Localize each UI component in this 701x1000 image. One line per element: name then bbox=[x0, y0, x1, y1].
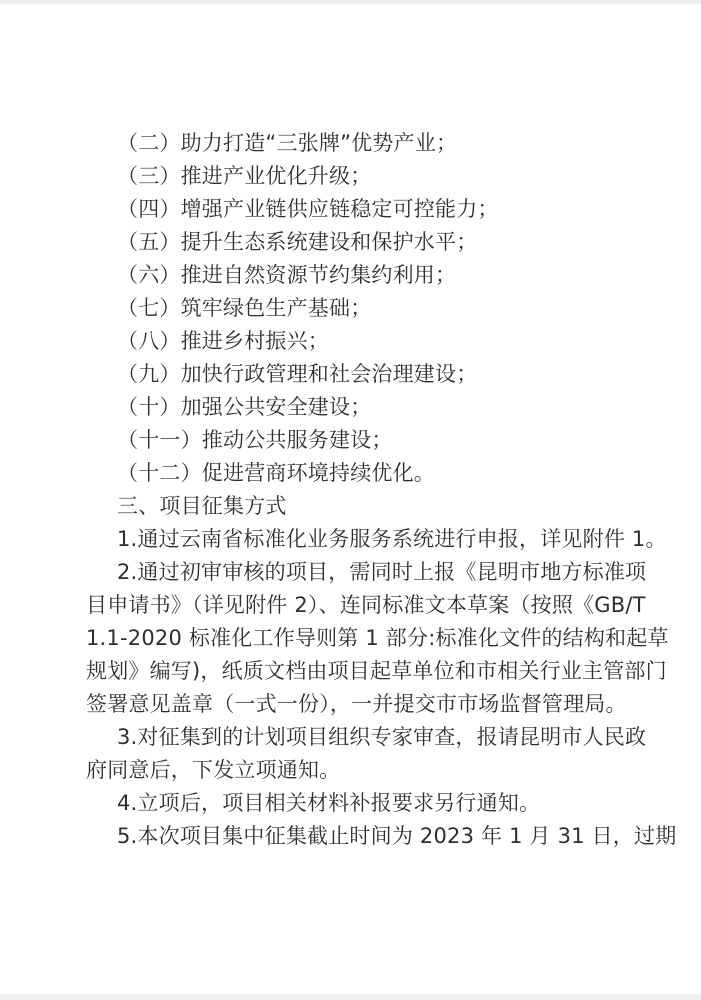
text-line-item-2: （二）助力打造“三张牌”优势产业； bbox=[86, 127, 616, 160]
text-line-item-7: （七）筑牢绿色生产基础； bbox=[86, 292, 616, 325]
text-line-para-5: 5.本次项目集中征集截止时间为 2023 年 1 月 31 日，过期 bbox=[86, 820, 616, 853]
page-top-edge bbox=[0, 0, 701, 4]
text-line-para-2: 2.通过初审审核的项目，需同时上报《昆明市地方标准项 bbox=[86, 556, 616, 589]
text-line-para-3-cont: 府同意后，下发立项通知。 bbox=[86, 754, 616, 787]
document-content: （二）助力打造“三张牌”优势产业； （三）推进产业优化升级； （四）增强产业链供… bbox=[86, 127, 616, 853]
text-line-item-11: （十一）推动公共服务建设； bbox=[86, 424, 616, 457]
text-line-para-2-cont: 1.1-2020 标准化工作导则第 1 部分:标准化文件的结构和起草 bbox=[86, 622, 616, 655]
text-line-item-8: （八）推进乡村振兴； bbox=[86, 325, 616, 358]
text-line-para-2-cont: 目申请书》（详见附件 2）、连同标准文本草案（按照《GB/T bbox=[86, 589, 616, 622]
text-line-para-4: 4.立项后，项目相关材料补报要求另行通知。 bbox=[86, 787, 616, 820]
text-line-para-2-cont: 签署意见盖章（一式一份），一并提交市市场监督管理局。 bbox=[86, 688, 616, 721]
text-line-item-9: （九）加快行政管理和社会治理建设； bbox=[86, 358, 616, 391]
text-line-item-6: （六）推进自然资源节约集约利用； bbox=[86, 259, 616, 292]
text-line-para-2-cont: 规划》编写)，纸质文档由项目起草单位和市相关行业主管部门 bbox=[86, 655, 616, 688]
text-line-item-12: （十二）促进营商环境持续优化。 bbox=[86, 457, 616, 490]
page-bottom-edge bbox=[0, 994, 701, 1000]
section-heading: 三、项目征集方式 bbox=[86, 490, 616, 523]
text-line-para-3: 3.对征集到的计划项目组织专家审查，报请昆明市人民政 bbox=[86, 721, 616, 754]
text-line-item-10: （十）加强公共安全建设； bbox=[86, 391, 616, 424]
text-line-para-1: 1.通过云南省标准化业务服务系统进行申报，详见附件 1。 bbox=[86, 523, 616, 556]
text-line-item-5: （五）提升生态系统建设和保护水平； bbox=[86, 226, 616, 259]
text-line-item-3: （三）推进产业优化升级； bbox=[86, 160, 616, 193]
text-line-item-4: （四）增强产业链供应链稳定可控能力； bbox=[86, 193, 616, 226]
